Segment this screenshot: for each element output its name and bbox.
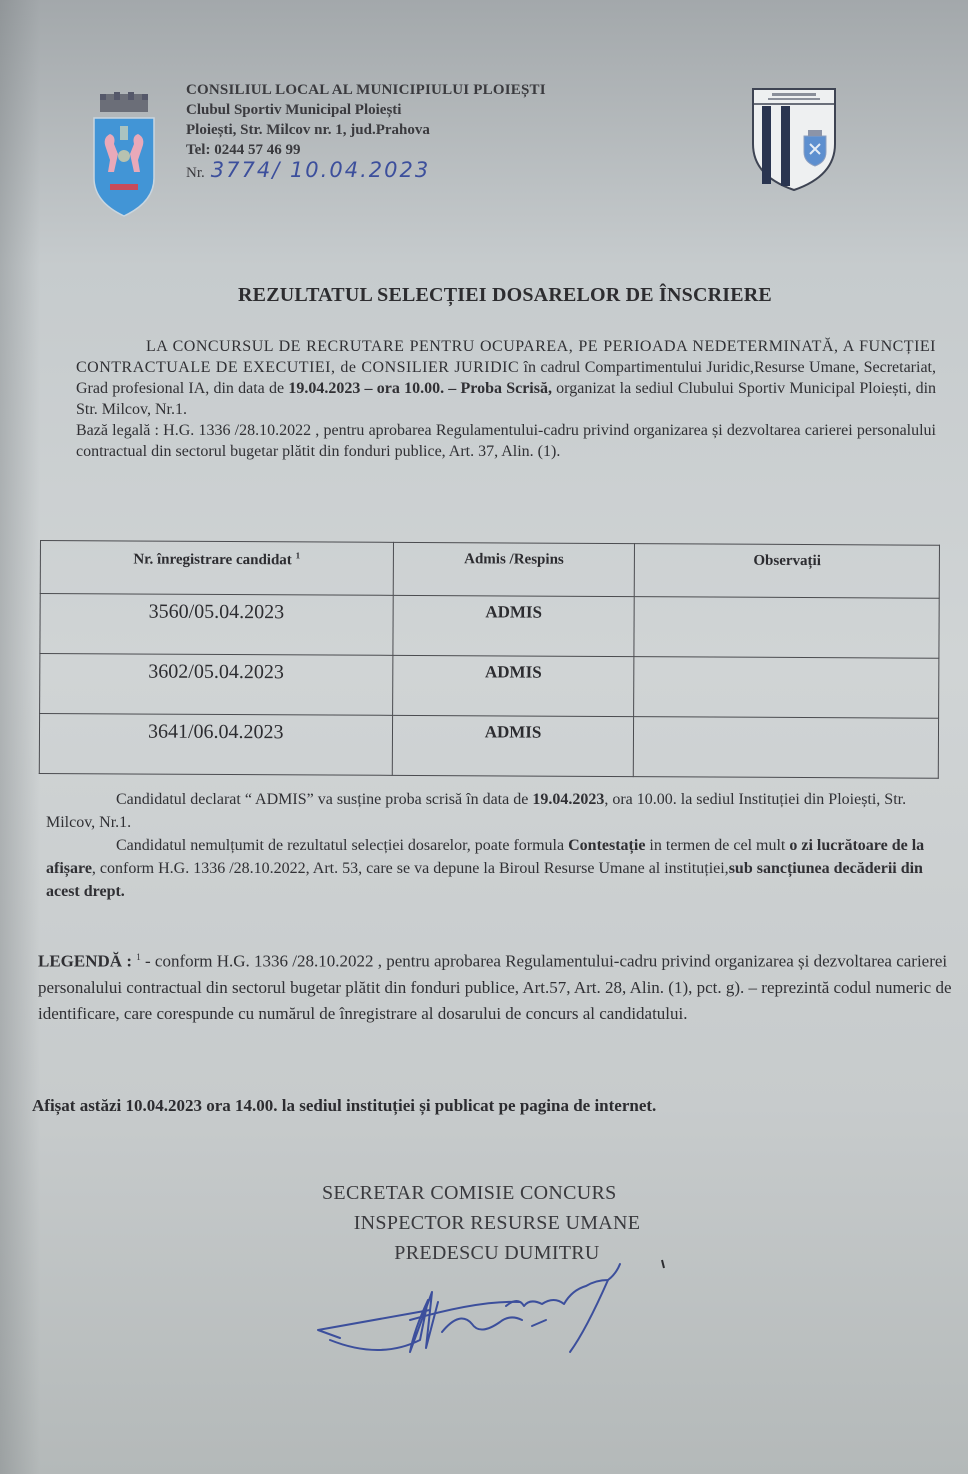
registration-cell: 3560/05.04.2023 bbox=[40, 594, 393, 656]
registration-cell: 3641/06.04.2023 bbox=[39, 714, 392, 776]
csm-ploiesti-shield-logo-icon bbox=[750, 86, 838, 192]
column-header-status: Admis /Respins bbox=[393, 542, 635, 596]
column-header-observations: Observații bbox=[635, 544, 940, 599]
ploiesti-coat-of-arms-icon bbox=[92, 92, 156, 218]
signer-role-2: INSPECTOR RESURSE UMANE bbox=[322, 1208, 672, 1238]
club-address: Ploiești, Str. Milcov nr. 1, jud.Prahova bbox=[186, 120, 546, 140]
status-cell: ADMIS bbox=[392, 655, 634, 716]
admitted-note: Candidatul declarat “ ADMIS” va susține … bbox=[46, 788, 936, 834]
club-phone: Tel: 0244 57 46 99 bbox=[186, 140, 546, 160]
legend-section: LEGENDĂ : 1 - conform H.G. 1336 /28.10.2… bbox=[38, 944, 968, 1027]
letterhead: CONSILIUL LOCAL AL MUNICIPIULUI PLOIEȘTI… bbox=[186, 80, 546, 183]
table-header-row: Nr. înregistrare candidat 1 Admis /Respi… bbox=[40, 541, 939, 599]
table-row: 3641/06.04.2023 ADMIS bbox=[39, 714, 938, 779]
observations-cell bbox=[634, 717, 939, 779]
legal-basis: Bază legală : H.G. 1336 /28.10.2022 , pe… bbox=[76, 420, 936, 462]
results-table: Nr. înregistrare candidat 1 Admis /Respi… bbox=[39, 540, 940, 779]
club-name: Clubul Sportiv Municipal Ploiești bbox=[186, 100, 546, 120]
observations-cell bbox=[634, 657, 939, 719]
registration-label: Nr. bbox=[186, 165, 205, 181]
appeal-note: Candidatul nemulțumit de rezultatul sele… bbox=[46, 834, 936, 903]
registration-value: 3774/ 10.04.2023 bbox=[211, 158, 430, 182]
intro-paragraph: LA CONCURSUL DE RECRUTARE PENTRU OCUPARE… bbox=[76, 336, 936, 420]
document-title: REZULTATUL SELECȚIEI DOSARELOR DE ÎNSCRI… bbox=[0, 284, 968, 307]
column-header-registration: Nr. înregistrare candidat 1 bbox=[40, 541, 393, 596]
status-cell: ADMIS bbox=[393, 595, 635, 656]
document-page: CONSILIUL LOCAL AL MUNICIPIULUI PLOIEȘTI… bbox=[0, 0, 968, 1474]
table-row: 3560/05.04.2023 ADMIS bbox=[40, 594, 939, 659]
legend-text: LEGENDĂ : 1 - conform H.G. 1336 /28.10.2… bbox=[38, 944, 968, 1027]
exam-date-time: 19.04.2023 – ora 10.00. – Proba Scrisă, bbox=[288, 380, 552, 397]
legend-label: LEGENDĂ : bbox=[38, 952, 132, 971]
status-cell: ADMIS bbox=[392, 715, 634, 776]
intro-section: LA CONCURSUL DE RECRUTARE PENTRU OCUPARE… bbox=[76, 336, 936, 462]
registration-cell: 3602/05.04.2023 bbox=[40, 654, 393, 716]
council-name: CONSILIUL LOCAL AL MUNICIPIULUI PLOIEȘTI bbox=[186, 80, 546, 100]
table-row: 3602/05.04.2023 ADMIS bbox=[40, 654, 939, 719]
footnote-marker: 1 bbox=[296, 550, 301, 560]
posted-statement: Afișat astăzi 10.04.2023 ora 14.00. la s… bbox=[32, 1096, 656, 1116]
handwritten-signature-icon bbox=[310, 1240, 690, 1370]
photo-shadow bbox=[0, 0, 40, 1474]
observations-cell bbox=[634, 597, 939, 659]
signer-role-1: SECRETAR COMISIE CONCURS bbox=[322, 1178, 672, 1208]
registration-number: Nr.3774/ 10.04.2023 bbox=[186, 160, 546, 183]
after-table-section: Candidatul declarat “ ADMIS” va susține … bbox=[46, 788, 936, 903]
